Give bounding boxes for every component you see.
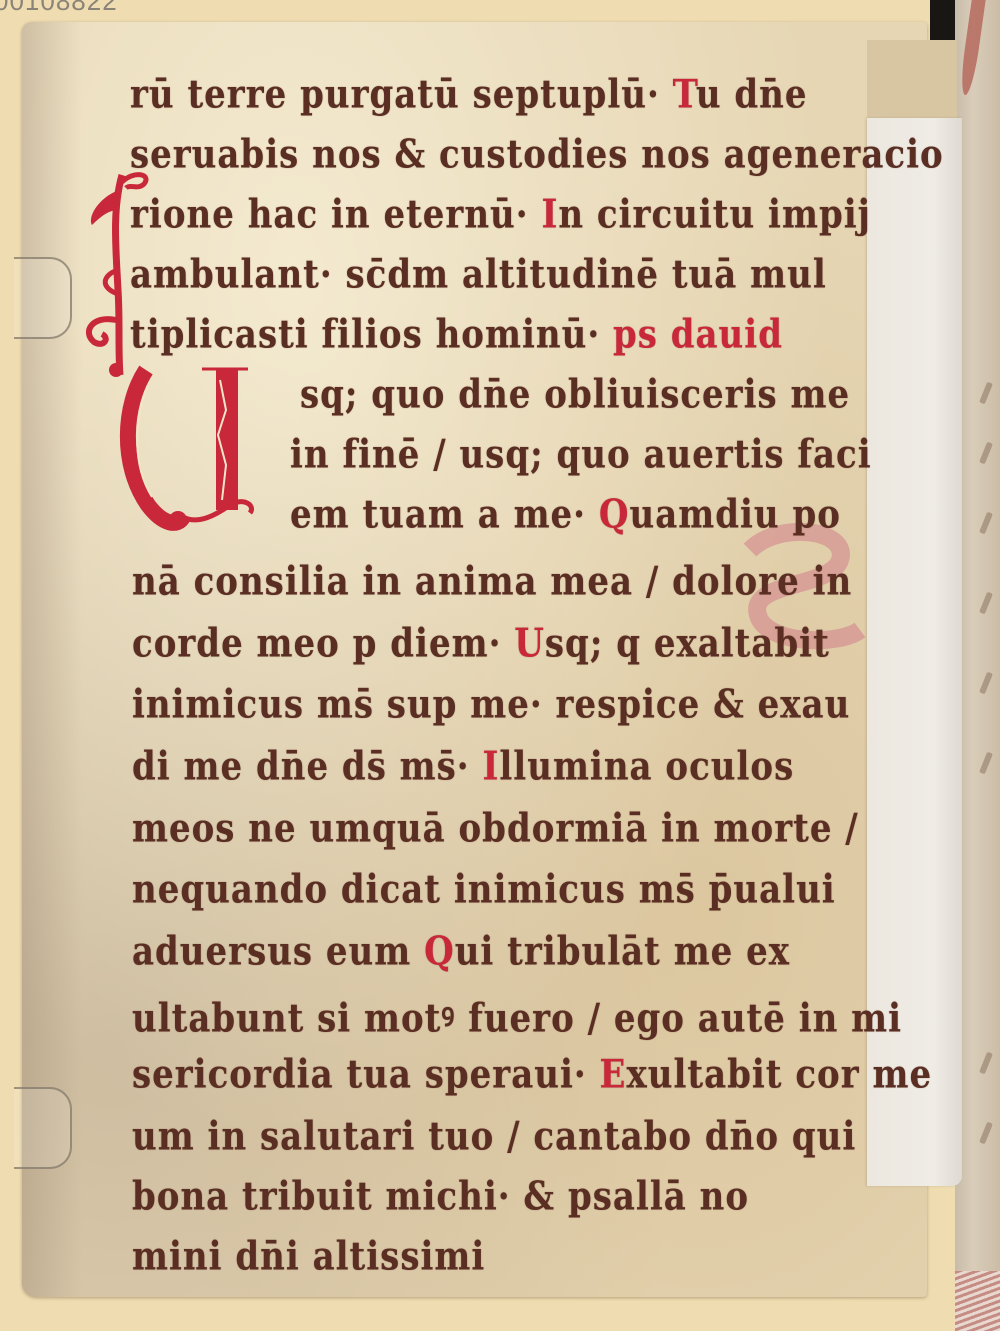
text-line-19: bona tribuit michi· & psallā no [132, 1174, 749, 1220]
faint-text-mark [979, 442, 993, 465]
text-line-13: meos ne umquā obdormiā in morte / [132, 806, 859, 852]
text-line-3: rione hac in eternū· In circuitu impij [130, 192, 871, 238]
faint-text-mark [979, 382, 993, 405]
text-line-12: di me dn̄e ds̄ ms̄· Illumina oculos [132, 744, 794, 790]
mounting-clip [14, 1087, 72, 1169]
shelfmark-number: 00108822 [0, 0, 118, 17]
text-line-18: um in salutari tuo / cantabo dn̄o qui [132, 1114, 856, 1160]
faint-text-mark [979, 1122, 993, 1145]
text-line-7: in finē / usq; quo auertis faci [290, 432, 872, 478]
text-line-20: mini dn̄i altissimi [132, 1234, 485, 1280]
text-line-14: nequando dicat inimicus ms̄ p̄ualui [132, 867, 836, 913]
text-line-9: nā consilia in anima mea / dolore in [132, 559, 852, 605]
text-line-11: inimicus ms̄ sup me· respice & exau [132, 682, 850, 728]
faint-text-mark [979, 592, 993, 615]
text-line-5: tiplicasti filios hominū· ps dauid [130, 312, 783, 358]
text-line-10: corde meo p diem· Usq; q exaltabit [132, 621, 830, 667]
text-line-15: aduersus eum Qui tribulāt me ex [132, 929, 790, 975]
mounting-clip [14, 257, 72, 339]
faint-text-mark [979, 672, 993, 695]
decorated-initial-u [118, 365, 258, 535]
faint-text-mark [979, 1052, 993, 1075]
text-line-8: em tuam a me· Quamdiu po [290, 492, 841, 538]
text-line-1: rū terre purgatū septuplū· Tu dn̄e [130, 72, 808, 118]
faint-text-mark [979, 512, 993, 535]
text-line-4: ambulant· sc̄dm altitudinē tuā mul [130, 252, 827, 298]
text-line-6: sq; quo dn̄e obliuisceris me [300, 372, 850, 418]
text-line-16: ultabunt si motꝰ fuero / ego autē in mi [132, 990, 902, 1043]
page-fore-edge [955, 1271, 1000, 1331]
text-line-2: seruabis nos & custodies nos ageneracio [130, 132, 944, 178]
mount-corner [867, 40, 957, 122]
red-page-edge [958, 0, 985, 95]
faint-text-mark [979, 752, 993, 775]
text-line-17: sericordia tua speraui· Exultabit cor me [132, 1052, 932, 1098]
